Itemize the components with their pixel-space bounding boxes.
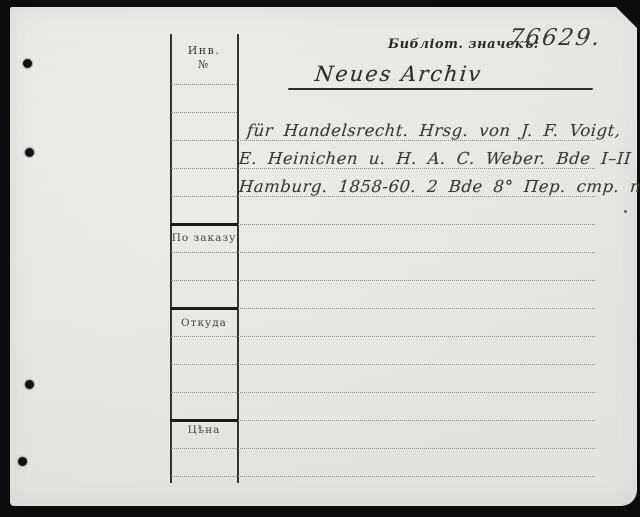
dotted-rule	[238, 280, 595, 281]
dotted-rule	[238, 308, 595, 309]
dotted-rule	[238, 420, 595, 421]
label-otkuda: Откуда	[170, 317, 238, 329]
dotted-rule	[238, 252, 595, 253]
dotted-rule	[238, 476, 595, 477]
label-inv-line1: Инв.	[170, 44, 238, 58]
dotted-rule	[171, 280, 237, 281]
ink-speck	[624, 210, 627, 213]
dotted-rule	[171, 112, 237, 113]
column-divider	[170, 419, 238, 422]
body-line-3: Hamburg. 1858-60. 2 Bde 8° Пер. стр. п-к…	[238, 177, 640, 196]
catalog-card: Инв. № По заказу Откуда Цѣна Библіот. зн…	[10, 7, 637, 506]
card-title: Neues Archiv	[314, 62, 484, 86]
dotted-rule	[171, 448, 237, 449]
dotted-rule	[238, 336, 595, 337]
dotted-rule	[171, 196, 237, 197]
label-tsena: Цѣна	[170, 424, 238, 436]
hole-punch	[25, 380, 34, 389]
stamp-number: 76629.	[507, 25, 603, 51]
column-right-line	[237, 34, 239, 483]
hole-punch	[23, 59, 32, 68]
hole-punch	[25, 148, 34, 157]
dotted-rule	[238, 140, 595, 141]
hole-punch	[18, 457, 27, 466]
dotted-rule	[238, 364, 595, 365]
label-inv-line2: №	[170, 58, 238, 72]
label-po-zakazu: По заказу	[170, 232, 238, 244]
dotted-rule	[171, 364, 237, 365]
dotted-rule	[238, 392, 595, 393]
body-line-1: für Handelsrecht. Hrsg. von J. F. Voigt,	[246, 121, 621, 140]
dotted-rule	[171, 476, 237, 477]
dotted-rule	[171, 392, 237, 393]
dotted-rule	[171, 84, 237, 85]
dotted-rule	[171, 168, 237, 169]
dotted-rule	[238, 448, 595, 449]
label-inventory-number: Инв. №	[170, 44, 238, 72]
title-underline	[288, 88, 593, 90]
dotted-rule	[238, 196, 595, 197]
column-left-line	[170, 34, 172, 483]
card-corner-cut	[616, 7, 637, 28]
column-divider	[170, 223, 238, 226]
dotted-rule	[171, 252, 237, 253]
dotted-rule	[171, 140, 237, 141]
dotted-rule	[238, 168, 595, 169]
body-line-2: E. Heinichen u. H. A. C. Weber. Bde I–II	[238, 149, 632, 168]
dotted-rule	[238, 224, 595, 225]
dotted-rule	[171, 336, 237, 337]
column-divider	[170, 307, 238, 310]
